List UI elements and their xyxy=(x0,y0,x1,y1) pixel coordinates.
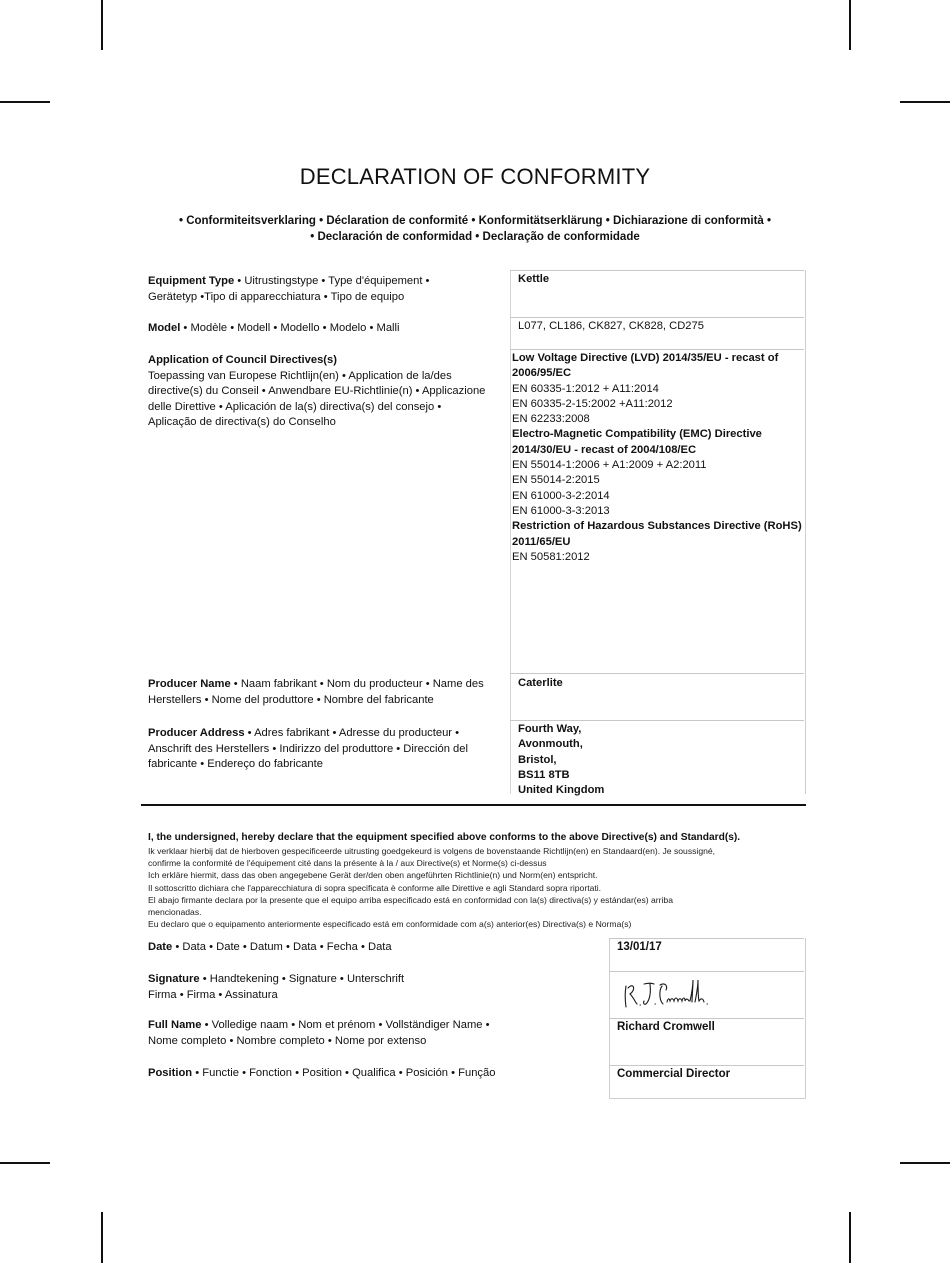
title-translations-line-1: • Conformiteitsverklaring • Déclaration … xyxy=(140,213,810,229)
directives-translation-line: delle Direttive • Aplicación de la(s) di… xyxy=(148,400,503,416)
address-line: United Kingdom xyxy=(518,783,804,798)
declaration-translation-line: Eu declaro que o equipamento anteriormen… xyxy=(148,918,748,930)
directive-standard-line: EN 62233:2008 xyxy=(512,412,804,427)
directive-standard-line: 2014/30/EU - recast of 2004/108/EC xyxy=(512,443,804,458)
full-name-value: Richard Cromwell xyxy=(609,1019,804,1033)
directive-standard-line: EN 55014-2:2015 xyxy=(512,473,804,488)
page-title: DECLARATION OF CONFORMITY xyxy=(0,164,950,190)
declaration-statement: I, the undersigned, hereby declare that … xyxy=(148,831,748,930)
address-line: Avonmouth, xyxy=(518,737,804,752)
signature-image xyxy=(622,974,722,1010)
address-line: BS11 8TB xyxy=(518,768,804,783)
crop-mark-bottom-right-vertical xyxy=(849,1212,851,1263)
date-label: Date • Data • Date • Datum • Data • Fech… xyxy=(148,940,503,956)
declaration-translation-line: El abajo firmante declara por la present… xyxy=(148,894,748,906)
producer-name-label: Producer Name • Naam fabrikant • Nom du … xyxy=(148,677,503,708)
directive-standard-line: EN 55014-1:2006 + A1:2009 + A2:2011 xyxy=(512,458,804,473)
crop-mark-top-right-horizontal xyxy=(900,101,950,103)
crop-mark-top-left-vertical xyxy=(101,0,103,50)
declaration-translation-line: confirme la conformité de l'équipement c… xyxy=(148,857,748,869)
crop-mark-top-left-horizontal xyxy=(0,101,50,103)
producer-name-value-cell: Caterlite xyxy=(510,673,804,720)
directive-standard-line: Electro-Magnetic Compatibility (EMC) Dir… xyxy=(512,427,804,442)
directive-standard-line: 2006/95/EC xyxy=(512,366,804,381)
directive-standard-line: EN 60335-2-15:2002 +A11:2012 xyxy=(512,397,804,412)
crop-mark-bottom-left-vertical xyxy=(101,1212,103,1263)
directives-value: Low Voltage Directive (LVD) 2014/35/EU -… xyxy=(510,350,804,565)
crop-mark-top-right-vertical xyxy=(849,0,851,50)
directive-standard-line: EN 61000-3-3:2013 xyxy=(512,504,804,519)
directives-value-cell: Low Voltage Directive (LVD) 2014/35/EU -… xyxy=(510,349,804,673)
declaration-translation-line: Ik verklaar hierbij dat de hierboven ges… xyxy=(148,845,748,857)
model-value: L077, CL186, CK827, CK828, CD275 xyxy=(510,318,804,334)
directive-standard-line: EN 50581:2012 xyxy=(512,550,804,565)
address-line: Fourth Way, xyxy=(518,722,804,737)
title-translations-line-2: • Declaración de conformidad • Declaraçã… xyxy=(140,229,810,245)
model-label: Model • Modèle • Modell • Modello • Mode… xyxy=(148,321,503,337)
crop-mark-bottom-right-horizontal xyxy=(900,1162,950,1164)
equipment-type-value-cell: Kettle xyxy=(510,270,804,317)
position-value: Commercial Director xyxy=(609,1066,804,1080)
declaration-translation-line: Ich erkläre hiermit, dass das oben angeg… xyxy=(148,869,748,881)
directives-translation-line: Toepassing van Europese Richtlijn(en) • … xyxy=(148,369,503,385)
directives-translation-line: Aplicação de directiva(s) do Conselho xyxy=(148,415,503,431)
directives-translations: Toepassing van Europese Richtlijn(en) • … xyxy=(148,369,503,431)
producer-name-value: Caterlite xyxy=(510,674,804,691)
model-value-cell: L077, CL186, CK827, CK828, CD275 xyxy=(510,317,804,349)
date-value-cell: 13/01/17 xyxy=(609,938,804,971)
producer-address-label: Producer Address • Adres fabrikant • Adr… xyxy=(148,726,503,773)
section-divider xyxy=(141,804,806,806)
directives-translation-line: directive(s) du Conseil • Anwendbare EU-… xyxy=(148,384,503,400)
directive-standard-line: 2011/65/EU xyxy=(512,535,804,550)
position-label: Position • Functie • Fonction • Position… xyxy=(148,1066,568,1082)
directive-standard-line: EN 61000-3-2:2014 xyxy=(512,489,804,504)
signature-label: Signature • Handtekening • Signature • U… xyxy=(148,972,503,1003)
producer-address-value: Fourth Way,Avonmouth,Bristol,BS11 8TBUni… xyxy=(510,721,804,798)
equipment-type-value: Kettle xyxy=(510,271,804,287)
crop-mark-bottom-left-horizontal xyxy=(0,1162,50,1164)
address-line: Bristol, xyxy=(518,753,804,768)
declaration-translation-line: Il sottoscritto dichiara che l'apparecch… xyxy=(148,882,748,894)
directive-standard-line: EN 60335-1:2012 + A11:2014 xyxy=(512,382,804,397)
full-name-label: Full Name • Volledige naam • Nom et prén… xyxy=(148,1018,503,1049)
position-value-cell: Commercial Director xyxy=(609,1065,804,1098)
full-name-value-cell: Richard Cromwell xyxy=(609,1018,804,1065)
directive-standard-line: Restriction of Hazardous Substances Dire… xyxy=(512,519,804,534)
directive-standard-line: Low Voltage Directive (LVD) 2014/35/EU -… xyxy=(512,351,804,366)
producer-address-value-cell: Fourth Way,Avonmouth,Bristol,BS11 8TBUni… xyxy=(510,720,804,794)
equipment-type-label: Equipment Type • Uitrustingstype • Type … xyxy=(148,274,503,305)
declaration-lead: I, the undersigned, hereby declare that … xyxy=(148,831,748,845)
declaration-translation-line: mencionadas. xyxy=(148,906,748,918)
date-value: 13/01/17 xyxy=(609,939,804,953)
declaration-translations: Ik verklaar hierbij dat de hierboven ges… xyxy=(148,845,748,930)
directives-label: Application of Council Directives(s) Toe… xyxy=(148,353,503,431)
title-translations: • Conformiteitsverklaring • Déclaration … xyxy=(140,213,810,245)
